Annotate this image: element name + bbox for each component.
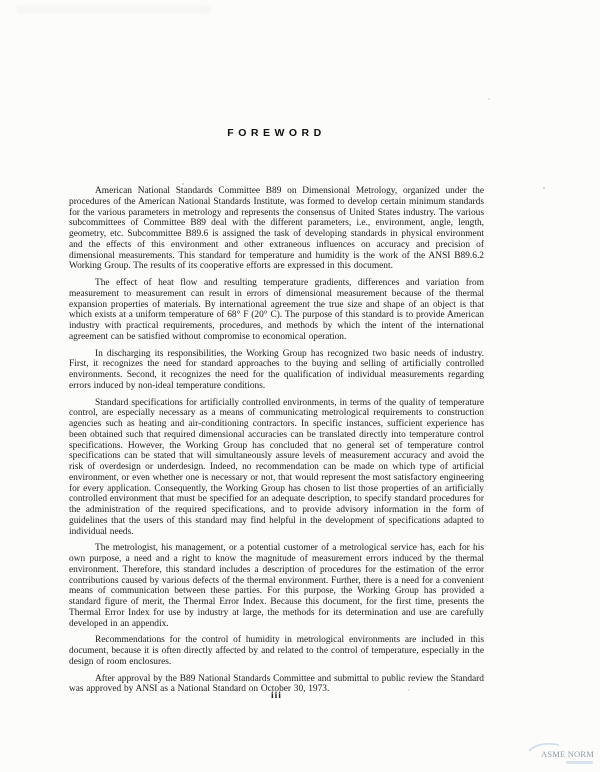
scan-smudge [16,5,211,14]
foreword-paragraph-5: The metrologist, his management, or a po… [69,543,484,629]
foreword-paragraph-1: American National Standards Committee B8… [69,186,484,272]
scan-speck [182,183,184,185]
page-title: FOREWORD [69,127,484,139]
watermark-subtext-bar [566,761,593,765]
foreword-paragraph-4: Standard specifications for artificially… [69,398,484,538]
page-number: iii [69,691,484,701]
scan-speck [408,689,410,691]
foreword-paragraph-6: Recommendations for the control of humid… [69,635,484,667]
foreword-paragraph-3: In discharging its responsibilities, the… [69,349,484,392]
scan-speck [543,187,545,189]
foreword-body: American National Standards Committee B8… [69,186,484,701]
document-page: FOREWORD American National Standards Com… [0,0,600,772]
watermark-text: ASME NORM [541,749,594,759]
foreword-paragraph-2: The effect of heat flow and resulting te… [69,278,484,343]
scan-speck [488,98,490,100]
asme-norm-watermark: ASME NORM [531,742,595,766]
